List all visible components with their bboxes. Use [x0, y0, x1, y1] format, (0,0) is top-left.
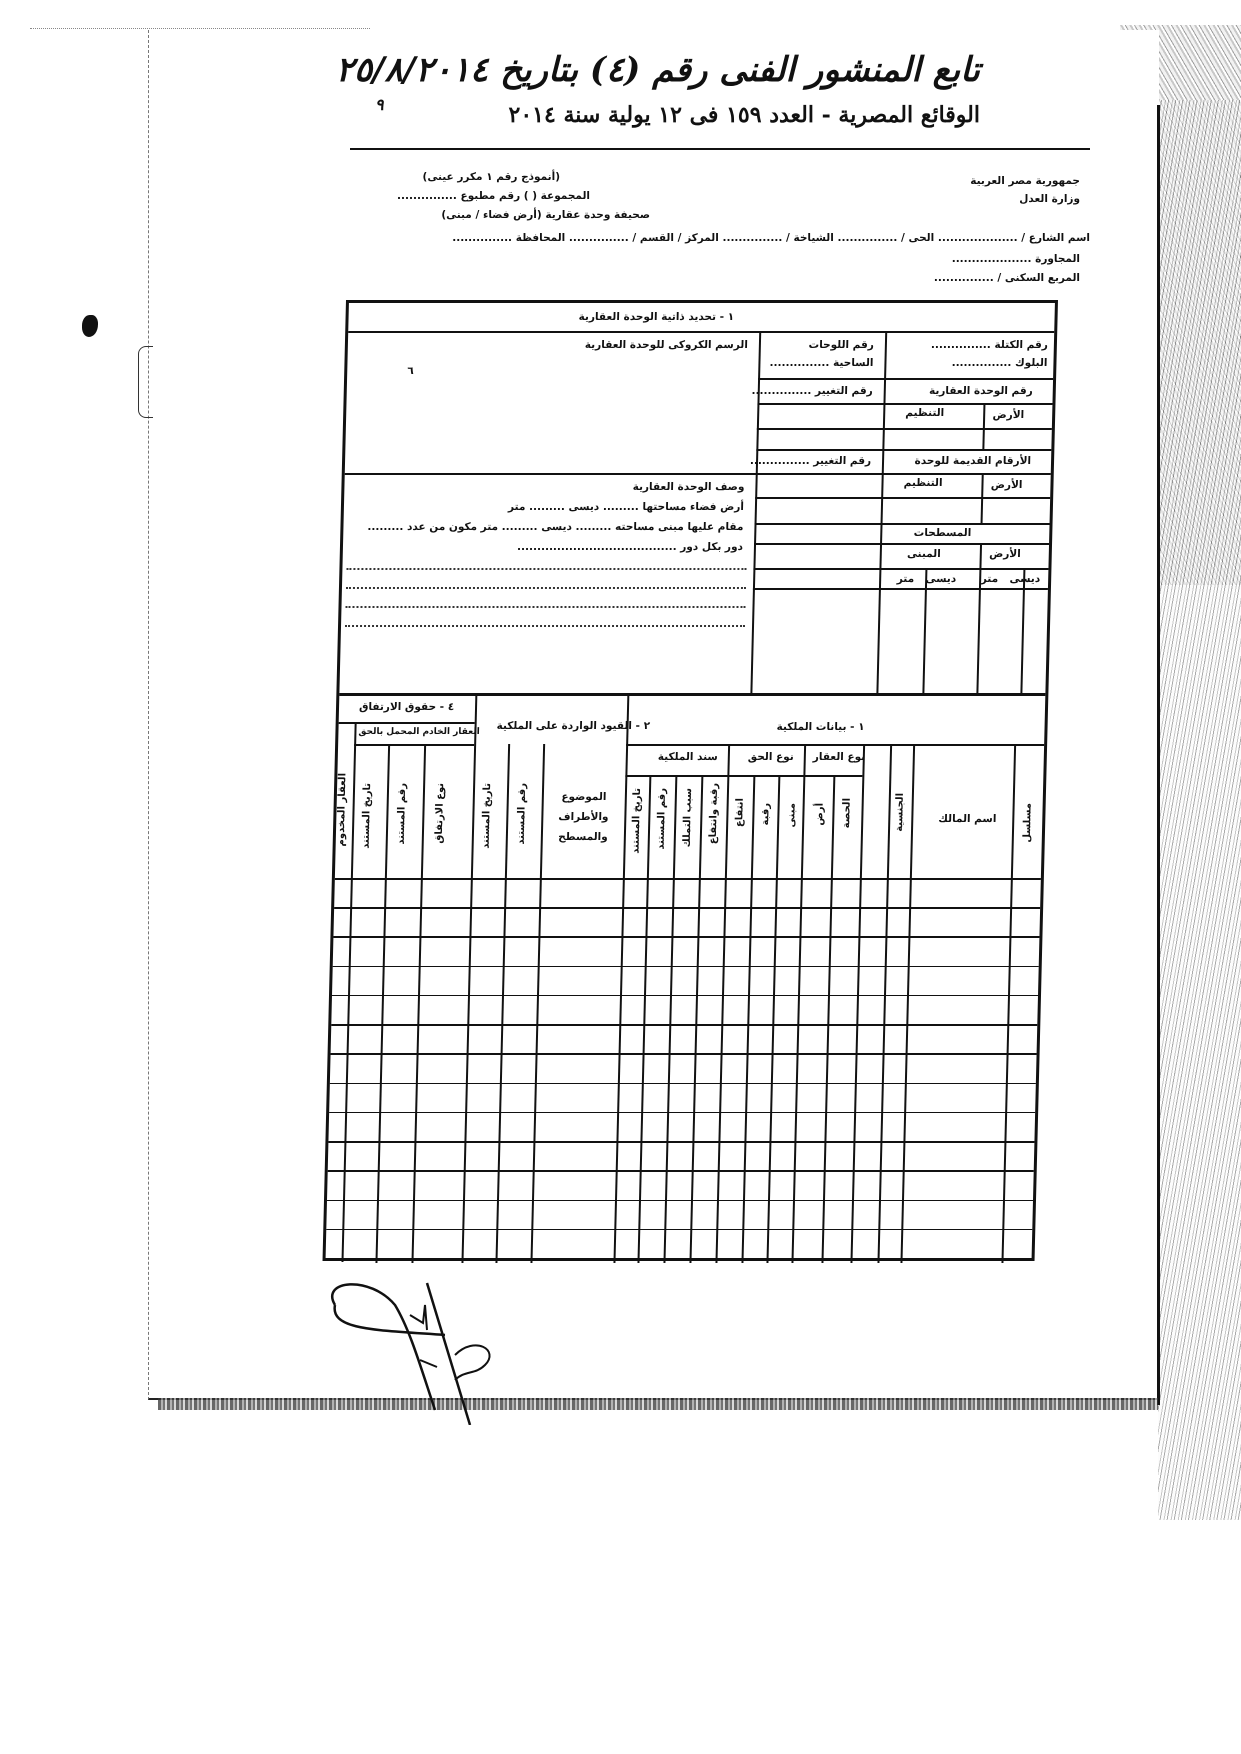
table-row-line	[328, 1170, 1034, 1172]
locality-line: اسم الشارع / .................... الحى /…	[330, 232, 1090, 244]
plates-number-label: رقم اللوحات	[808, 339, 874, 351]
coastal-field: الساحية ...............	[769, 357, 873, 369]
col-owner-name: اسم المالك	[938, 813, 996, 825]
ownership-section-title: ١ - بيانات الملكية	[776, 721, 864, 733]
col-doc-no: رقم المستند	[656, 788, 669, 850]
page-tab	[138, 346, 153, 418]
col-restriction-doc-no: رقم المستند	[516, 783, 529, 845]
unit-meter-2: متر	[897, 573, 915, 585]
handwritten-note: تابع المنشور الفنى رقم (٤) بتاريخ ٢٥/٨/٢…	[320, 50, 980, 90]
dotted-line	[345, 625, 745, 627]
street-field: اسم الشارع / ....................	[938, 232, 1090, 244]
col-title-and-usufruct: رقبة وانتفاع	[708, 783, 720, 844]
table-row-line	[333, 966, 1039, 968]
col-nationality: الجنسية	[894, 793, 906, 832]
table-row-line	[331, 1024, 1037, 1026]
residential-block-field: المربع السكنى / ...............	[900, 272, 1080, 284]
unit-deci-2: ديسى	[925, 573, 956, 585]
section1-title: ١ - تحديد ذاتية الوحدة العقارية	[578, 311, 734, 323]
table-row-line	[334, 907, 1040, 909]
table-row-line	[330, 1083, 1036, 1085]
sketch-mark: ٦	[407, 365, 414, 377]
servient-property-label: العقار الخادم المحمل بالحق	[358, 727, 480, 737]
planning-label: التنظيم	[905, 407, 944, 419]
description-title: وصف الوحدة العقارية	[633, 481, 745, 493]
land-label: الأرض	[992, 409, 1024, 421]
group-field: المجموعة ( ) رقم مطبوع ...............	[330, 190, 590, 202]
col-building: مبنى	[786, 803, 798, 827]
description-line-3: دور بكل دور ............................…	[517, 541, 743, 553]
old-numbers-label: الأرقام القديمة للوحدة	[914, 455, 1031, 467]
col-dominant-property: العقار المخدوم	[336, 773, 349, 846]
scan-edge-noise	[1158, 100, 1241, 1520]
table-row-line	[329, 1112, 1035, 1114]
col-land: أرض	[814, 803, 826, 826]
page-bottom-shadow	[158, 1398, 1158, 1410]
table-row-line	[328, 1141, 1034, 1143]
ministry-label: وزارة العدل	[900, 193, 1080, 205]
ink-stain	[82, 315, 98, 337]
col-bare-title: رقبة	[760, 803, 772, 825]
col-ownership-cause: سبب التملك	[682, 788, 694, 847]
table-row-line	[333, 936, 1039, 938]
title-deed-label: سند الملكية	[658, 751, 718, 763]
block-field: البلوك ...............	[952, 357, 1048, 369]
dotted-line	[346, 587, 746, 589]
signature	[315, 1275, 575, 1425]
area-land-label: الأرض	[989, 548, 1021, 560]
col-doc-date: تاريخ المستند	[630, 788, 643, 854]
handwritten-mark: ٩	[375, 95, 384, 114]
change-number-field: رقم التغيير ...............	[751, 385, 872, 397]
col-share: الحصة	[841, 798, 853, 828]
dotted-line	[346, 568, 746, 570]
dotted-line	[345, 606, 745, 608]
col-easement-doc-date: تاريخ المستند	[361, 783, 374, 849]
block-number-field: رقم الكتلة ...............	[931, 339, 1048, 351]
col-easement-type: نوع الارتفاق	[434, 783, 446, 844]
col-serial: مسلسل	[1022, 803, 1034, 843]
sketch-label: الرسم الكروكى للوحدة العقارية	[585, 339, 748, 351]
table-row-line	[326, 1229, 1032, 1231]
unit-meter-1: متر	[981, 573, 999, 585]
table-row-line	[327, 1200, 1033, 1202]
planning-label-2: التنظيم	[904, 477, 943, 489]
description-line-2: مقام عليها مبنى مساحته ......... ديسى ..…	[367, 521, 743, 533]
gazette-header: الوقائع المصرية - العدد ١٥٩ فى ١٢ يولية …	[460, 102, 980, 128]
col-usufruct: انتفاع	[734, 798, 746, 827]
land-label-2: الأرض	[991, 479, 1023, 491]
form-title: صحيفة وحدة عقارية (أرض فضاء / مبنى)	[380, 209, 650, 221]
district-field: الحى / ............... الشياخة / .......…	[452, 232, 934, 244]
page-right-edge	[1157, 105, 1160, 1405]
header-divider	[350, 148, 1090, 150]
easements-section-title: ٤ - حقوق الارتفاق	[359, 701, 454, 713]
area-building-label: المبنى	[907, 548, 941, 560]
neighborhood-field: المجاورة ....................	[900, 253, 1080, 265]
property-unit-form-table: ١ - تحديد ذاتية الوحدة العقارية رقم الكت…	[323, 300, 1058, 1261]
unit-deci-1: ديسى	[1009, 573, 1040, 585]
republic-label: جمهورية مصر العربية	[900, 175, 1080, 187]
col-easement-doc-no: رقم المستند	[396, 783, 409, 845]
property-type-label: نوع العقار	[813, 751, 866, 763]
col-subject: الموضوع والأطراف والمسطح	[558, 791, 609, 843]
col-restriction-doc-date: تاريخ المستند	[481, 783, 494, 849]
unit-number-label: رقم الوحدة العقارية	[929, 385, 1033, 397]
change-number-field-2: رقم التغيير ...............	[750, 455, 871, 467]
right-type-label: نوع الحق	[748, 751, 794, 763]
table-row-line	[331, 1053, 1037, 1055]
table-row-line	[332, 995, 1038, 997]
description-line-1: أرض فضاء مساحتها ......... ديسى ........…	[508, 501, 744, 513]
table-row-line	[335, 878, 1041, 880]
form-number: (أنموذج رقم ١ مكرر عينى)	[330, 171, 560, 183]
areas-label: المسطحات	[914, 527, 972, 539]
